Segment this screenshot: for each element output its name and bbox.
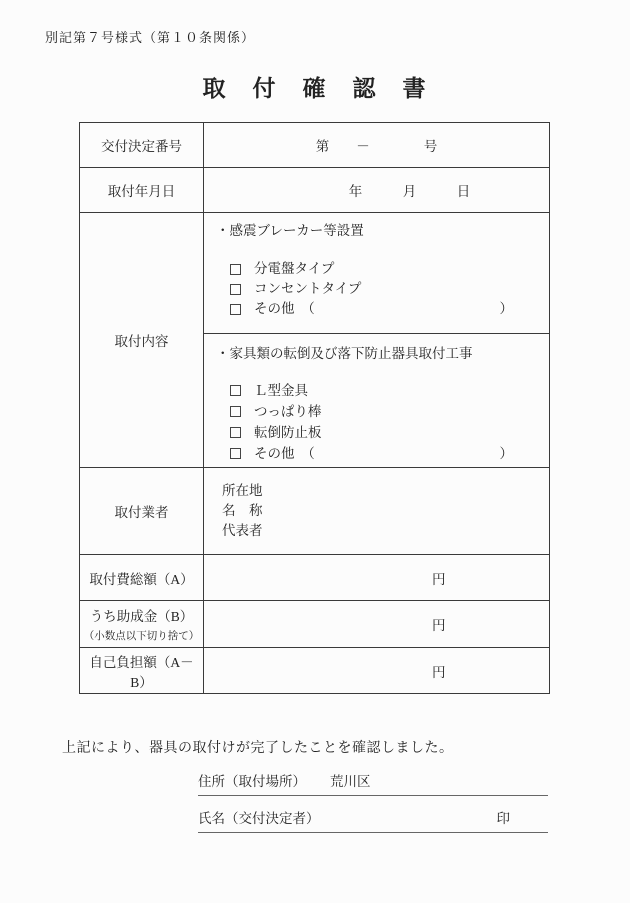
address-label: 住所（取付場所） <box>198 770 306 790</box>
checkbox-item-tip-prevention-plate: 転倒防止板 <box>216 422 537 443</box>
seismic-breaker-options: 分電盤タイプ コンセントタイプ その他 （ ） <box>216 259 537 319</box>
table-row-grant-number: 交付決定番号 第 － 号 <box>80 123 549 168</box>
other-close-paren: ） <box>500 443 538 464</box>
confirmation-statement: 上記により、器具の取付けが完了したことを確認しました。 <box>62 737 454 757</box>
page-title: 取 付 確 認 書 <box>0 70 630 103</box>
form-code: 別記第７号様式（第１０条関係） <box>45 27 255 46</box>
table-row-self-pay: 自己負担額（A－B） 円 <box>80 648 549 693</box>
subsidy-field[interactable]: 円 <box>204 601 549 647</box>
seal-mark: 印 <box>497 807 511 827</box>
checkbox[interactable] <box>230 448 241 459</box>
self-pay-field[interactable]: 円 <box>204 648 549 693</box>
furniture-fixing-options: Ｌ型金具 つっぱり棒 転倒防止板 <box>216 380 537 464</box>
install-details-label: 取付内容 <box>80 213 204 467</box>
checkbox-item-l-bracket: Ｌ型金具 <box>216 380 537 401</box>
checkbox-label: つっぱり棒 <box>254 401 321 422</box>
table-row-total-cost: 取付費総額（A） 円 <box>80 555 549 601</box>
install-date-value: 年 月 日 <box>349 180 471 200</box>
name-label: 氏名（交付決定者） <box>198 807 320 827</box>
grant-number-label: 交付決定番号 <box>80 123 204 167</box>
grant-number-value: 第 － 号 <box>316 135 438 155</box>
installer-line-address: 所在地 <box>222 481 549 501</box>
installer-line-name: 名 称 <box>222 501 549 521</box>
checkbox-item-outlet-type: コンセントタイプ <box>216 279 537 299</box>
subsidy-label-note: （小数点以下切り捨て） <box>84 628 200 643</box>
checkbox-label: その他 （ <box>254 299 315 319</box>
install-details-content: ・感震ブレーカー等設置 分電盤タイプ コンセントタイプ <box>204 213 549 467</box>
checkbox-item-furniture-other: その他 （ ） <box>216 443 537 464</box>
document-page: 別記第７号様式（第１０条関係） 取 付 確 認 書 交付決定番号 第 － 号 取… <box>0 0 630 903</box>
installer-lines: 所在地 名 称 代表者 <box>204 468 549 554</box>
checkbox[interactable] <box>230 385 241 396</box>
install-date-label: 取付年月日 <box>80 168 204 212</box>
other-close-paren: ） <box>500 299 538 319</box>
table-row-install-date: 取付年月日 年 月 日 <box>80 168 549 213</box>
grant-number-field[interactable]: 第 － 号 <box>204 123 549 167</box>
checkbox[interactable] <box>230 304 241 315</box>
subsidy-label-main: うち助成金（B） <box>90 605 194 625</box>
yen-unit: 円 <box>432 614 446 634</box>
address-sign-line[interactable]: 住所（取付場所） 荒川区 <box>198 770 548 796</box>
self-pay-label: 自己負担額（A－B） <box>80 648 204 693</box>
total-cost-field[interactable]: 円 <box>204 555 549 600</box>
checkbox-label: コンセントタイプ <box>254 279 361 299</box>
table-row-installer: 取付業者 所在地 名 称 代表者 <box>80 468 549 555</box>
section-furniture-fixing-heading: ・家具類の転倒及び落下防止器具取付工事 <box>216 344 537 364</box>
section-furniture-fixing: ・家具類の転倒及び落下防止器具取付工事 Ｌ型金具 つっぱり棒 <box>204 334 549 466</box>
checkbox-item-tension-rod: つっぱり棒 <box>216 401 537 422</box>
section-seismic-breaker-heading: ・感震ブレーカー等設置 <box>216 221 537 241</box>
table-row-subsidy: うち助成金（B） （小数点以下切り捨て） 円 <box>80 601 549 648</box>
total-cost-label: 取付費総額（A） <box>80 555 204 600</box>
checkbox-label: 分電盤タイプ <box>254 259 334 279</box>
subsidy-label: うち助成金（B） （小数点以下切り捨て） <box>80 601 204 647</box>
installer-field[interactable]: 所在地 名 称 代表者 <box>204 468 549 554</box>
installer-line-representative: 代表者 <box>222 521 549 541</box>
confirmation-table: 交付決定番号 第 － 号 取付年月日 年 月 日 取付内容 ・感震ブレーカー等設… <box>79 122 550 694</box>
checkbox[interactable] <box>230 264 241 275</box>
checkbox-label: 転倒防止板 <box>254 422 322 443</box>
name-sign-line[interactable]: 氏名（交付決定者） 印 <box>198 807 548 833</box>
install-date-field[interactable]: 年 月 日 <box>204 168 549 212</box>
checkbox-label: Ｌ型金具 <box>254 380 308 401</box>
checkbox[interactable] <box>230 284 241 295</box>
checkbox[interactable] <box>230 427 241 438</box>
checkbox[interactable] <box>230 406 241 417</box>
yen-unit: 円 <box>432 661 446 681</box>
table-row-install-details: 取付内容 ・感震ブレーカー等設置 分電盤タイプ コンセントタイプ <box>80 213 549 468</box>
address-value: 荒川区 <box>330 770 371 790</box>
section-seismic-breaker: ・感震ブレーカー等設置 分電盤タイプ コンセントタイプ <box>204 213 549 334</box>
installer-label: 取付業者 <box>80 468 204 554</box>
checkbox-label: その他 （ <box>254 443 315 464</box>
checkbox-item-breaker-other: その他 （ ） <box>216 299 537 319</box>
checkbox-item-bunden-ban: 分電盤タイプ <box>216 259 537 279</box>
yen-unit: 円 <box>432 568 446 588</box>
